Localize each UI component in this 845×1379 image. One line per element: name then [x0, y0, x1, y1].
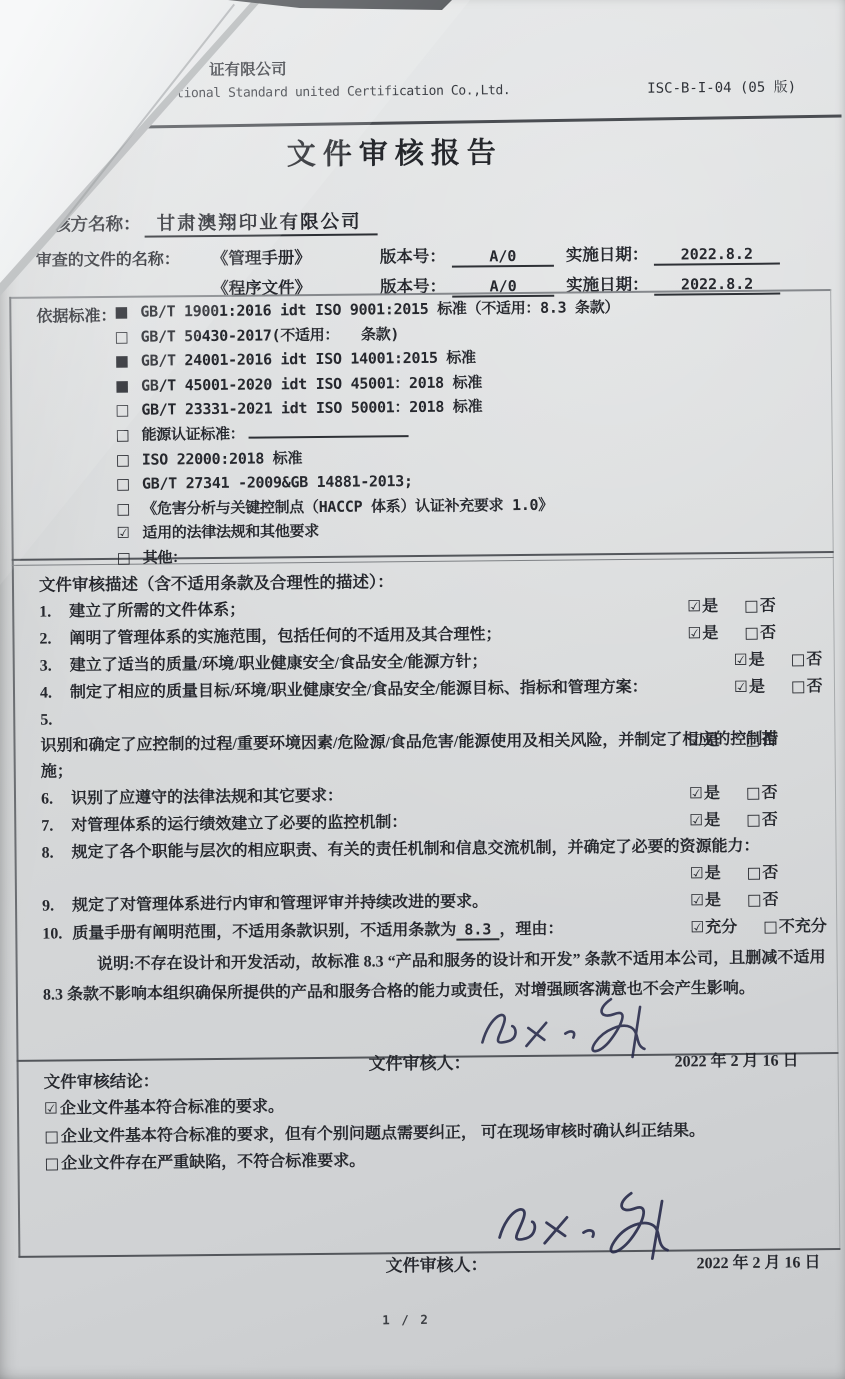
answer-no: □否 — [746, 780, 778, 807]
signature-date: 2022 年 2 月 16 日 — [696, 1249, 820, 1273]
auditee-name: 甘肃澳翔印业有限公司 — [145, 212, 378, 237]
answer-no-label: 不充分 — [779, 918, 827, 935]
answer-no-label: 否 — [760, 625, 776, 642]
yes-no-answer: ☑是□否 — [688, 727, 777, 755]
checkbox-checked-icon: ☑ — [689, 784, 703, 802]
standard-item-text: GB/T 27341 -2009&GB 14881-2013; — [142, 472, 413, 493]
checkbox-checked-icon: ☑ — [688, 731, 702, 749]
answer-no: □否 — [744, 593, 776, 620]
checkbox-empty-icon: □ — [117, 547, 143, 571]
checkbox-checked-icon: ☑ — [687, 597, 701, 615]
answer-no: □否 — [747, 887, 779, 914]
review-item-number: 1. — [39, 599, 69, 625]
yes-no-answer: ☑是□否 — [687, 593, 776, 621]
checkbox-empty-icon: □ — [746, 811, 761, 829]
company-name-en: national Standard united Certification C… — [161, 83, 510, 101]
checkbox-empty-icon: □ — [115, 399, 141, 423]
standards-label: 依据标准： — [36, 303, 116, 327]
checkbox-checked-icon: ☑ — [690, 864, 704, 882]
date-value: 2022.8.2 — [654, 275, 780, 296]
checkbox-empty-icon: □ — [763, 918, 778, 936]
checkbox-filled-icon: ■ — [115, 374, 141, 398]
answer-yes-label: 是 — [703, 732, 719, 749]
checkbox-empty-icon: □ — [791, 650, 806, 668]
review-item-text: 识别了应遵守的法律法规和其它要求： — [71, 788, 343, 808]
review-item-text: 对管理体系的运行绩效建立了必要的监控机制： — [71, 814, 407, 834]
checkbox-empty-icon: □ — [44, 1154, 59, 1172]
checkbox-checked-icon: ☑ — [687, 624, 701, 642]
checkbox-empty-icon: □ — [745, 731, 760, 749]
checkbox-empty-icon: □ — [744, 624, 759, 642]
review-item-text: ，理由： — [499, 921, 563, 939]
doc-name: 《管理手册》 — [212, 243, 380, 269]
answer-no: □不充分 — [763, 913, 827, 941]
answer-yes-label: 是 — [749, 652, 765, 669]
standard-item-text: 能源认证标准： — [141, 425, 244, 444]
standard-item-text: ISO 22000:2018 标准 — [142, 449, 303, 469]
yes-no-answer: ☑是□否 — [734, 646, 823, 674]
checkbox-filled-icon: ■ — [114, 301, 140, 325]
answer-yes: ☑是 — [689, 780, 720, 807]
conclusion-option-text: 企业文件存在严重缺陷，不符合标准要求。 — [61, 1153, 365, 1173]
checkbox-checked-icon: ☑ — [689, 811, 703, 829]
standard-item-text: 其他： — [143, 548, 187, 566]
answer-yes: ☑是 — [734, 647, 765, 674]
review-item-text: 阐明了管理体系的实施范围，包括任何的不适用及其合理性； — [69, 626, 501, 647]
review-item-number: 2. — [39, 626, 69, 652]
fill-in-blank-line — [248, 421, 408, 439]
answer-no: □否 — [747, 860, 779, 887]
review-item-text: 建立了所需的文件体系； — [69, 602, 245, 621]
yes-no-answer: ☑是□否 — [690, 887, 779, 915]
review-item-number: 3. — [40, 653, 70, 679]
checkbox-empty-icon: □ — [744, 597, 759, 615]
signature-handwriting-icon — [485, 1182, 701, 1270]
date-label: 实施日期： — [566, 241, 654, 266]
checkbox-checked-icon: ☑ — [116, 522, 142, 546]
answer-yes-label: 是 — [749, 679, 765, 696]
checkbox-checked-icon: ☑ — [44, 1099, 58, 1117]
checkbox-checked-icon: ☑ — [734, 651, 748, 669]
docs-label: 审查的文件的名称： — [36, 246, 212, 271]
answer-no-label: 否 — [806, 678, 822, 695]
review-item-number: 10. — [42, 921, 72, 947]
checkbox-checked-icon: ☑ — [690, 918, 704, 936]
answer-yes: ☑是 — [687, 593, 718, 620]
checkbox-checked-icon: ☑ — [734, 678, 748, 696]
yes-no-answer: ☑是□否 — [689, 780, 778, 808]
answer-yes: ☑是 — [689, 807, 720, 834]
conclusion-option-text: 企业文件基本符合标准的要求，但有个别问题点需要纠正， 可在现场审核时确认纠正结果… — [61, 1122, 705, 1145]
standard-item-text: GB/T 19001:2016 idt ISO 9001:2015 标准（不适用… — [140, 298, 619, 321]
review-item-text: 规定了对管理体系进行内审和管理评审并持续改进的要求。 — [72, 893, 488, 914]
conclusion-section: 文件审核结论： ☑企业文件基本符合标准的要求。□企业文件基本符合标准的要求，但有… — [17, 1056, 841, 1279]
signature-row: 文件审核人： 2022 年 2 月 16 日 — [385, 1201, 833, 1276]
review-item-number: 9. — [42, 893, 72, 919]
review-item-text: 制定了相应的质量目标/环境/职业健康安全/食品安全/能源目标、指标和管理方案： — [70, 679, 648, 702]
signer-label: 文件审核人： — [385, 1250, 487, 1276]
answer-yes: ☑是 — [690, 860, 721, 887]
standard-item-text: 《危害分析与关键控制点（HACCP 体系）认证补充要求 1.0》 — [142, 495, 553, 517]
answer-no-label: 否 — [763, 892, 779, 909]
answer-no-label: 否 — [762, 785, 778, 802]
answer-yes: ☑是 — [687, 620, 718, 647]
answer-yes-label: 是 — [704, 812, 720, 829]
date-value: 2022.8.2 — [654, 245, 780, 266]
document-page: 证有限公司 national Standard united Certifica… — [0, 0, 845, 1379]
answer-yes: ☑是 — [690, 887, 721, 914]
yes-no-answer: ☑是□否 — [690, 860, 779, 888]
standard-item-text: GB/T 45001-2020 idt ISO 45001：2018 标准 — [141, 373, 482, 394]
answer-no: □否 — [791, 673, 823, 700]
checkbox-empty-icon: □ — [116, 497, 142, 521]
answer-no-label: 否 — [760, 598, 776, 615]
answer-yes: ☑充分 — [690, 914, 737, 941]
yes-no-answer: ☑充分□不充分 — [690, 913, 827, 941]
answer-yes: ☑是 — [688, 727, 719, 754]
review-note: 说明:不存在设计和开发活动，故标准 8.3 “产品和服务的设计和开发” 条款不适… — [42, 943, 830, 1011]
answer-no-label: 否 — [806, 651, 822, 668]
review-item-text: 建立了适当的质量/环境/职业健康安全/食品安全/能源方针； — [70, 653, 488, 674]
answer-no-label: 否 — [761, 732, 777, 749]
review-item-number: 8. — [41, 840, 71, 866]
checkbox-empty-icon: □ — [115, 424, 141, 448]
answer-no: □否 — [791, 646, 823, 673]
version-value: A/0 — [452, 247, 554, 268]
form-code: ISC-B-I-04 (05 版) — [647, 76, 796, 97]
standards-list: ■GB/T 19001:2016 idt ISO 9001:2015 标准（不适… — [114, 294, 817, 571]
checkbox-empty-icon: □ — [116, 473, 142, 497]
standard-item-text: 适用的法律法规和其他要求 — [142, 522, 319, 542]
answer-yes-label: 是 — [705, 892, 721, 909]
checkbox-filled-icon: ■ — [115, 350, 141, 374]
review-item-text: 规定了各个职能与层次的相应职责、有关的责任机制和信息交流机制，并确定了必要的资源… — [71, 834, 759, 867]
answer-no-label: 否 — [762, 812, 778, 829]
page-number: 1 / 2 — [6, 1308, 806, 1331]
standards-section: 依据标准： ■GB/T 19001:2016 idt ISO 9001:2015… — [0, 294, 844, 573]
answer-yes: ☑是 — [734, 674, 765, 701]
review-item: 8.规定了各个职能与层次的相应职责、有关的责任机制和信息交流机制，并确定了必要的… — [41, 833, 828, 893]
conclusion-option-text: 企业文件基本符合标准的要求。 — [60, 1098, 284, 1117]
conclusion-options: ☑企业文件基本符合标准的要求。□企业文件基本符合标准的要求，但有个别问题点需要纠… — [44, 1088, 832, 1178]
review-item-number: 7. — [41, 813, 71, 839]
yes-no-answer: ☑是□否 — [687, 620, 776, 648]
answer-no-label: 否 — [762, 865, 778, 882]
review-item-number: 4. — [40, 680, 70, 706]
checkbox-empty-icon: □ — [746, 784, 761, 802]
review-section: 文件审核描述（含不适用条款及合理性的描述）： 1.建立了所需的文件体系；☑是□否… — [12, 562, 839, 1078]
review-item-text: 识别和确定了应控制的过程/重要环境因素/危险源/食品危害/能源使用及相关风险，并… — [40, 726, 798, 785]
review-items: 1.建立了所需的文件体系；☑是□否2.阐明了管理体系的实施范围，包括任何的不适用… — [39, 592, 829, 948]
answer-yes-label: 是 — [704, 785, 720, 802]
review-item-number: 5. — [40, 707, 70, 733]
standard-item-text: GB/T 24001-2016 idt ISO 14001:2015 标准 — [141, 349, 476, 370]
checkbox-empty-icon: □ — [747, 864, 762, 882]
checkbox-checked-icon: ☑ — [690, 891, 704, 909]
answer-no: □否 — [744, 620, 776, 647]
review-item: 5.识别和确定了应控制的过程/重要环境因素/危险源/食品危害/能源使用及相关风险… — [40, 700, 828, 786]
yes-no-answer: ☑是□否 — [734, 673, 823, 701]
review-item-number: 6. — [41, 786, 71, 812]
checkbox-empty-icon: □ — [116, 448, 142, 472]
review-item-text: 质量手册有阐明范围，不适用条款识别，不适用条款为 — [72, 922, 456, 943]
yes-no-answer: ☑是□否 — [689, 807, 778, 835]
answer-no: □否 — [746, 807, 778, 834]
version-value: A/0 — [452, 277, 554, 298]
answer-yes-label: 充分 — [705, 919, 737, 936]
checkbox-empty-icon: □ — [114, 325, 140, 349]
answer-yes-label: 是 — [702, 625, 718, 642]
version-label: 版本号： — [380, 243, 452, 268]
checkbox-empty-icon: □ — [791, 677, 806, 695]
checkbox-empty-icon: □ — [747, 891, 762, 909]
standard-item-text: GB/T 23331-2021 idt ISO 50001：2018 标准 — [141, 398, 482, 419]
not-applicable-clause-value: 8.3 — [456, 920, 499, 940]
checkbox-empty-icon: □ — [44, 1127, 59, 1145]
document-photo: 证有限公司 national Standard united Certifica… — [0, 0, 845, 1379]
answer-yes-label: 是 — [702, 598, 718, 615]
answer-yes-label: 是 — [705, 865, 721, 882]
company-name-cn: 证有限公司 — [209, 57, 287, 80]
answer-no: □否 — [745, 727, 777, 754]
standard-item-text: GB/T 50430-2017(不适用： 条款) — [141, 325, 400, 345]
